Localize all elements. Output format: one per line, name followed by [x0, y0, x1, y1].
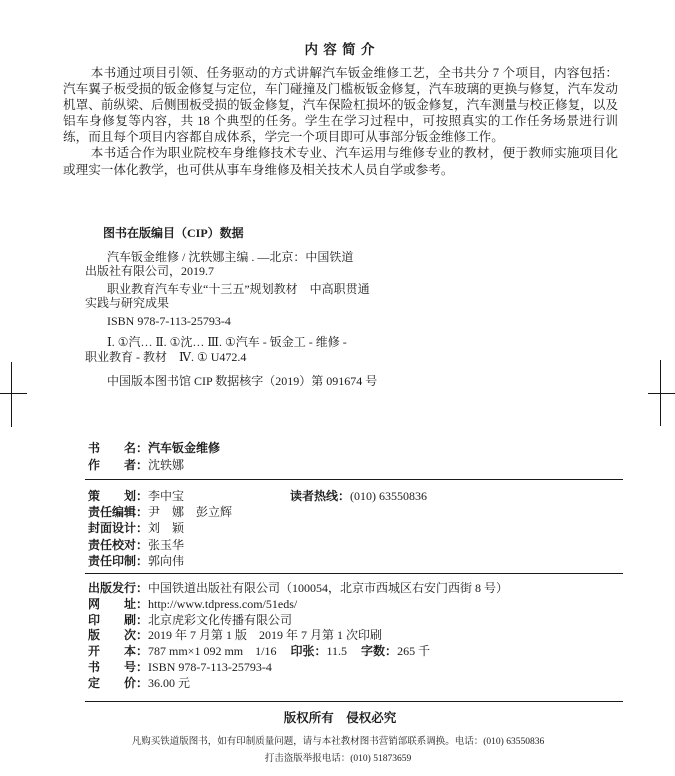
publish-label: 版 次： [88, 628, 148, 642]
words-label: 字数： [361, 644, 397, 658]
publish-label: 网 址： [88, 597, 148, 611]
hotline-value: (010) 63550836 [350, 489, 427, 503]
publish-value: 2019 年 7 月第 1 版 2019 年 7 月第 1 次印刷 [148, 628, 382, 642]
staff-value: 尹 娜 彭立辉 [148, 505, 232, 519]
reader-hotline: 读者热线：(010) 63550836 [290, 488, 427, 504]
divider-rule-2 [85, 573, 623, 574]
cip-line: 汽车钣金维修 / 沈轶娜主编 . —北京：中国铁道 [107, 250, 485, 265]
publish-row: 网 址：http://www.tdpress.com/51eds/ [88, 597, 628, 613]
publish-row: 印 刷：北京虎彩文化传播有限公司 [88, 613, 628, 629]
cip-line: ISBN 978-7-113-25793-4 [107, 314, 485, 329]
hotline-label: 读者热线： [290, 489, 350, 503]
cip-line: 职业教育汽车专业“十三五”规划教材 中高职贯通 [107, 282, 485, 297]
book-author-row: 作 者：沈轶娜 [88, 457, 608, 474]
publish-value: http://www.tdpress.com/51eds/ [148, 597, 297, 611]
publish-value: ISBN 978-7-113-25793-4 [148, 660, 272, 674]
piracy-hotline-note: 打击盗版举报电话：(010) 51873659 [38, 750, 638, 764]
cip-line: 实践与研究成果 [85, 296, 485, 311]
staff-value: 张玉华 [148, 538, 184, 552]
publish-label: 印 刷： [88, 613, 148, 627]
intro-title: 内 容 简 介 [60, 38, 620, 58]
publish-value: 36.00 元 [148, 676, 190, 690]
sheets-label: 印张： [290, 644, 326, 658]
cip-block: 图书在版编目（CIP）数据 汽车钣金维修 / 沈轶娜主编 . —北京：中国铁道 … [85, 226, 485, 389]
publish-row: 版 次：2019 年 7 月第 1 版 2019 年 7 月第 1 次印刷 [88, 628, 628, 644]
cip-line: 出版社有限公司，2019.7 [85, 264, 485, 279]
staff-value: 李中宝 [148, 489, 184, 503]
book-title-row: 书 名：汽车钣金维修 [88, 440, 608, 457]
crop-mark-left-horizontal [0, 393, 27, 394]
cip-line: 职业教育 - 教材 Ⅳ. ① U472.4 [85, 350, 485, 365]
intro-paragraph-1: 本书通过项目引领、任务驱动的方式讲解汽车钣金维修工艺，全书共分 7 个项目，内容… [63, 65, 618, 145]
staff-label: 责任校对： [88, 538, 148, 552]
copyright-notice: 版权所有 侵权必究 [60, 708, 620, 726]
staff-value: 刘 颖 [148, 521, 184, 535]
publish-row-format: 开 本：787 mm×1 092 mm 1/16印张：11.5字数：265 千 [88, 644, 628, 660]
staff-label: 策 划： [88, 489, 148, 503]
publish-row: 书 号：ISBN 978-7-113-25793-4 [88, 660, 628, 676]
publish-label: 开 本： [88, 644, 148, 658]
publish-row: 定 价：36.00 元 [88, 676, 628, 692]
staff-label: 封面设计： [88, 521, 148, 535]
staff-row: 策 划：李中宝 读者热线：(010) 63550836 [88, 488, 618, 504]
staff-value: 郭向伟 [148, 554, 184, 568]
intro-paragraph-2: 本书适合作为职业院校车身维修技术专业、汽车运用与维修专业的教材，便于教师实施项目… [63, 145, 618, 177]
staff-block: 策 划：李中宝 读者热线：(010) 63550836 责任编辑：尹 娜 彭立辉… [88, 488, 618, 569]
cip-heading: 图书在版编目（CIP）数据 [103, 226, 485, 241]
book-author-label: 作 者： [88, 458, 148, 472]
publish-value: 中国铁道出版社有限公司（100054，北京市西城区右安门西街 8 号） [148, 581, 508, 595]
staff-label: 责任编辑： [88, 505, 148, 519]
staff-row: 责任印制：郭向伟 [88, 553, 618, 569]
crop-mark-right-horizontal [648, 393, 675, 394]
publish-row: 出版发行：中国铁道出版社有限公司（100054，北京市西城区右安门西街 8 号） [88, 581, 628, 597]
staff-row: 封面设计：刘 颖 [88, 520, 618, 536]
publish-label: 书 号： [88, 660, 148, 674]
staff-label: 责任印制： [88, 554, 148, 568]
words-value: 265 千 [397, 644, 430, 658]
intro-text: 本书通过项目引领、任务驱动的方式讲解汽车钣金维修工艺，全书共分 7 个项目，内容… [63, 65, 618, 178]
publish-value: 北京虎彩文化传播有限公司 [148, 613, 292, 627]
format-value: 787 mm×1 092 mm 1/16 [148, 644, 276, 658]
divider-rule-3 [85, 701, 623, 702]
cip-line: 中国版本图书馆 CIP 数据核字（2019）第 091674 号 [107, 374, 485, 389]
cip-line: Ⅰ. ①汽… Ⅱ. ①沈… Ⅲ. ①汽车 - 钣金工 - 维修 - [107, 335, 485, 350]
sheets-value: 11.5 [326, 644, 347, 658]
crop-mark-left-vertical [11, 362, 12, 427]
book-info-block: 书 名：汽车钣金维修 作 者：沈轶娜 [88, 440, 608, 474]
quality-note: 凡购买铁道版图书，如有印制质量问题，请与本社教材图书营销部联系调换。电话：(01… [38, 733, 638, 747]
book-title-value: 汽车钣金维修 [148, 441, 220, 455]
book-title-label: 书 名： [88, 441, 148, 455]
publish-label: 定 价： [88, 676, 148, 690]
copyright-page: 内 容 简 介 本书通过项目引领、任务驱动的方式讲解汽车钣金维修工艺，全书共分 … [0, 0, 675, 776]
staff-row: 责任校对：张玉华 [88, 537, 618, 553]
publish-label: 出版发行： [88, 581, 148, 595]
divider-rule-1 [85, 479, 623, 480]
staff-row: 责任编辑：尹 娜 彭立辉 [88, 504, 618, 520]
book-author-value: 沈轶娜 [148, 458, 184, 472]
publishing-block: 出版发行：中国铁道出版社有限公司（100054，北京市西城区右安门西街 8 号）… [88, 581, 628, 692]
